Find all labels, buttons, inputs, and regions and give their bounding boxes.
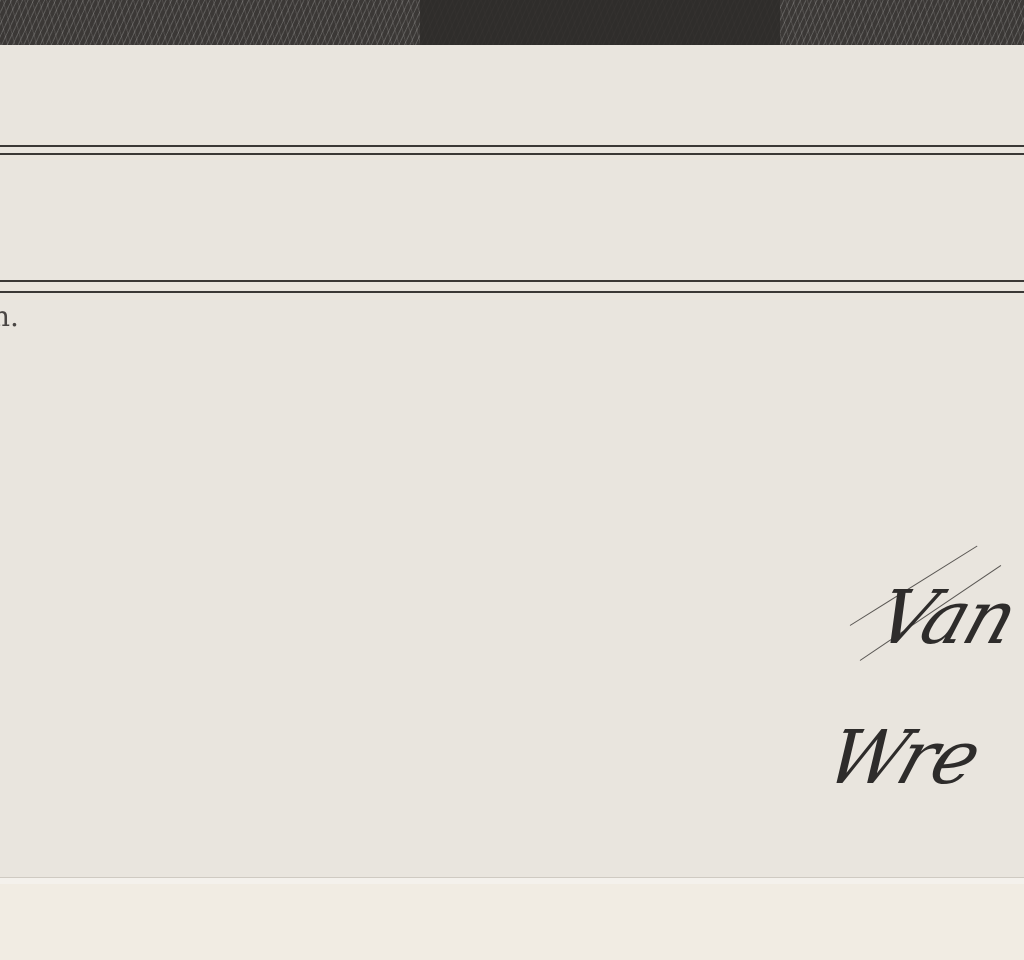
engraved-image-fragment [0, 0, 1024, 45]
signature-line-1: Van [866, 575, 1024, 661]
upper-rule-top [0, 145, 1024, 147]
mount-paper [0, 884, 1024, 960]
upper-rule-bottom [0, 153, 1024, 155]
signature-line-2: Wre [816, 715, 990, 801]
engraving-shadow [420, 0, 780, 45]
lower-rule-bottom [0, 291, 1024, 293]
lower-rule-top [0, 280, 1024, 282]
caption-fragment: n. [0, 300, 19, 333]
